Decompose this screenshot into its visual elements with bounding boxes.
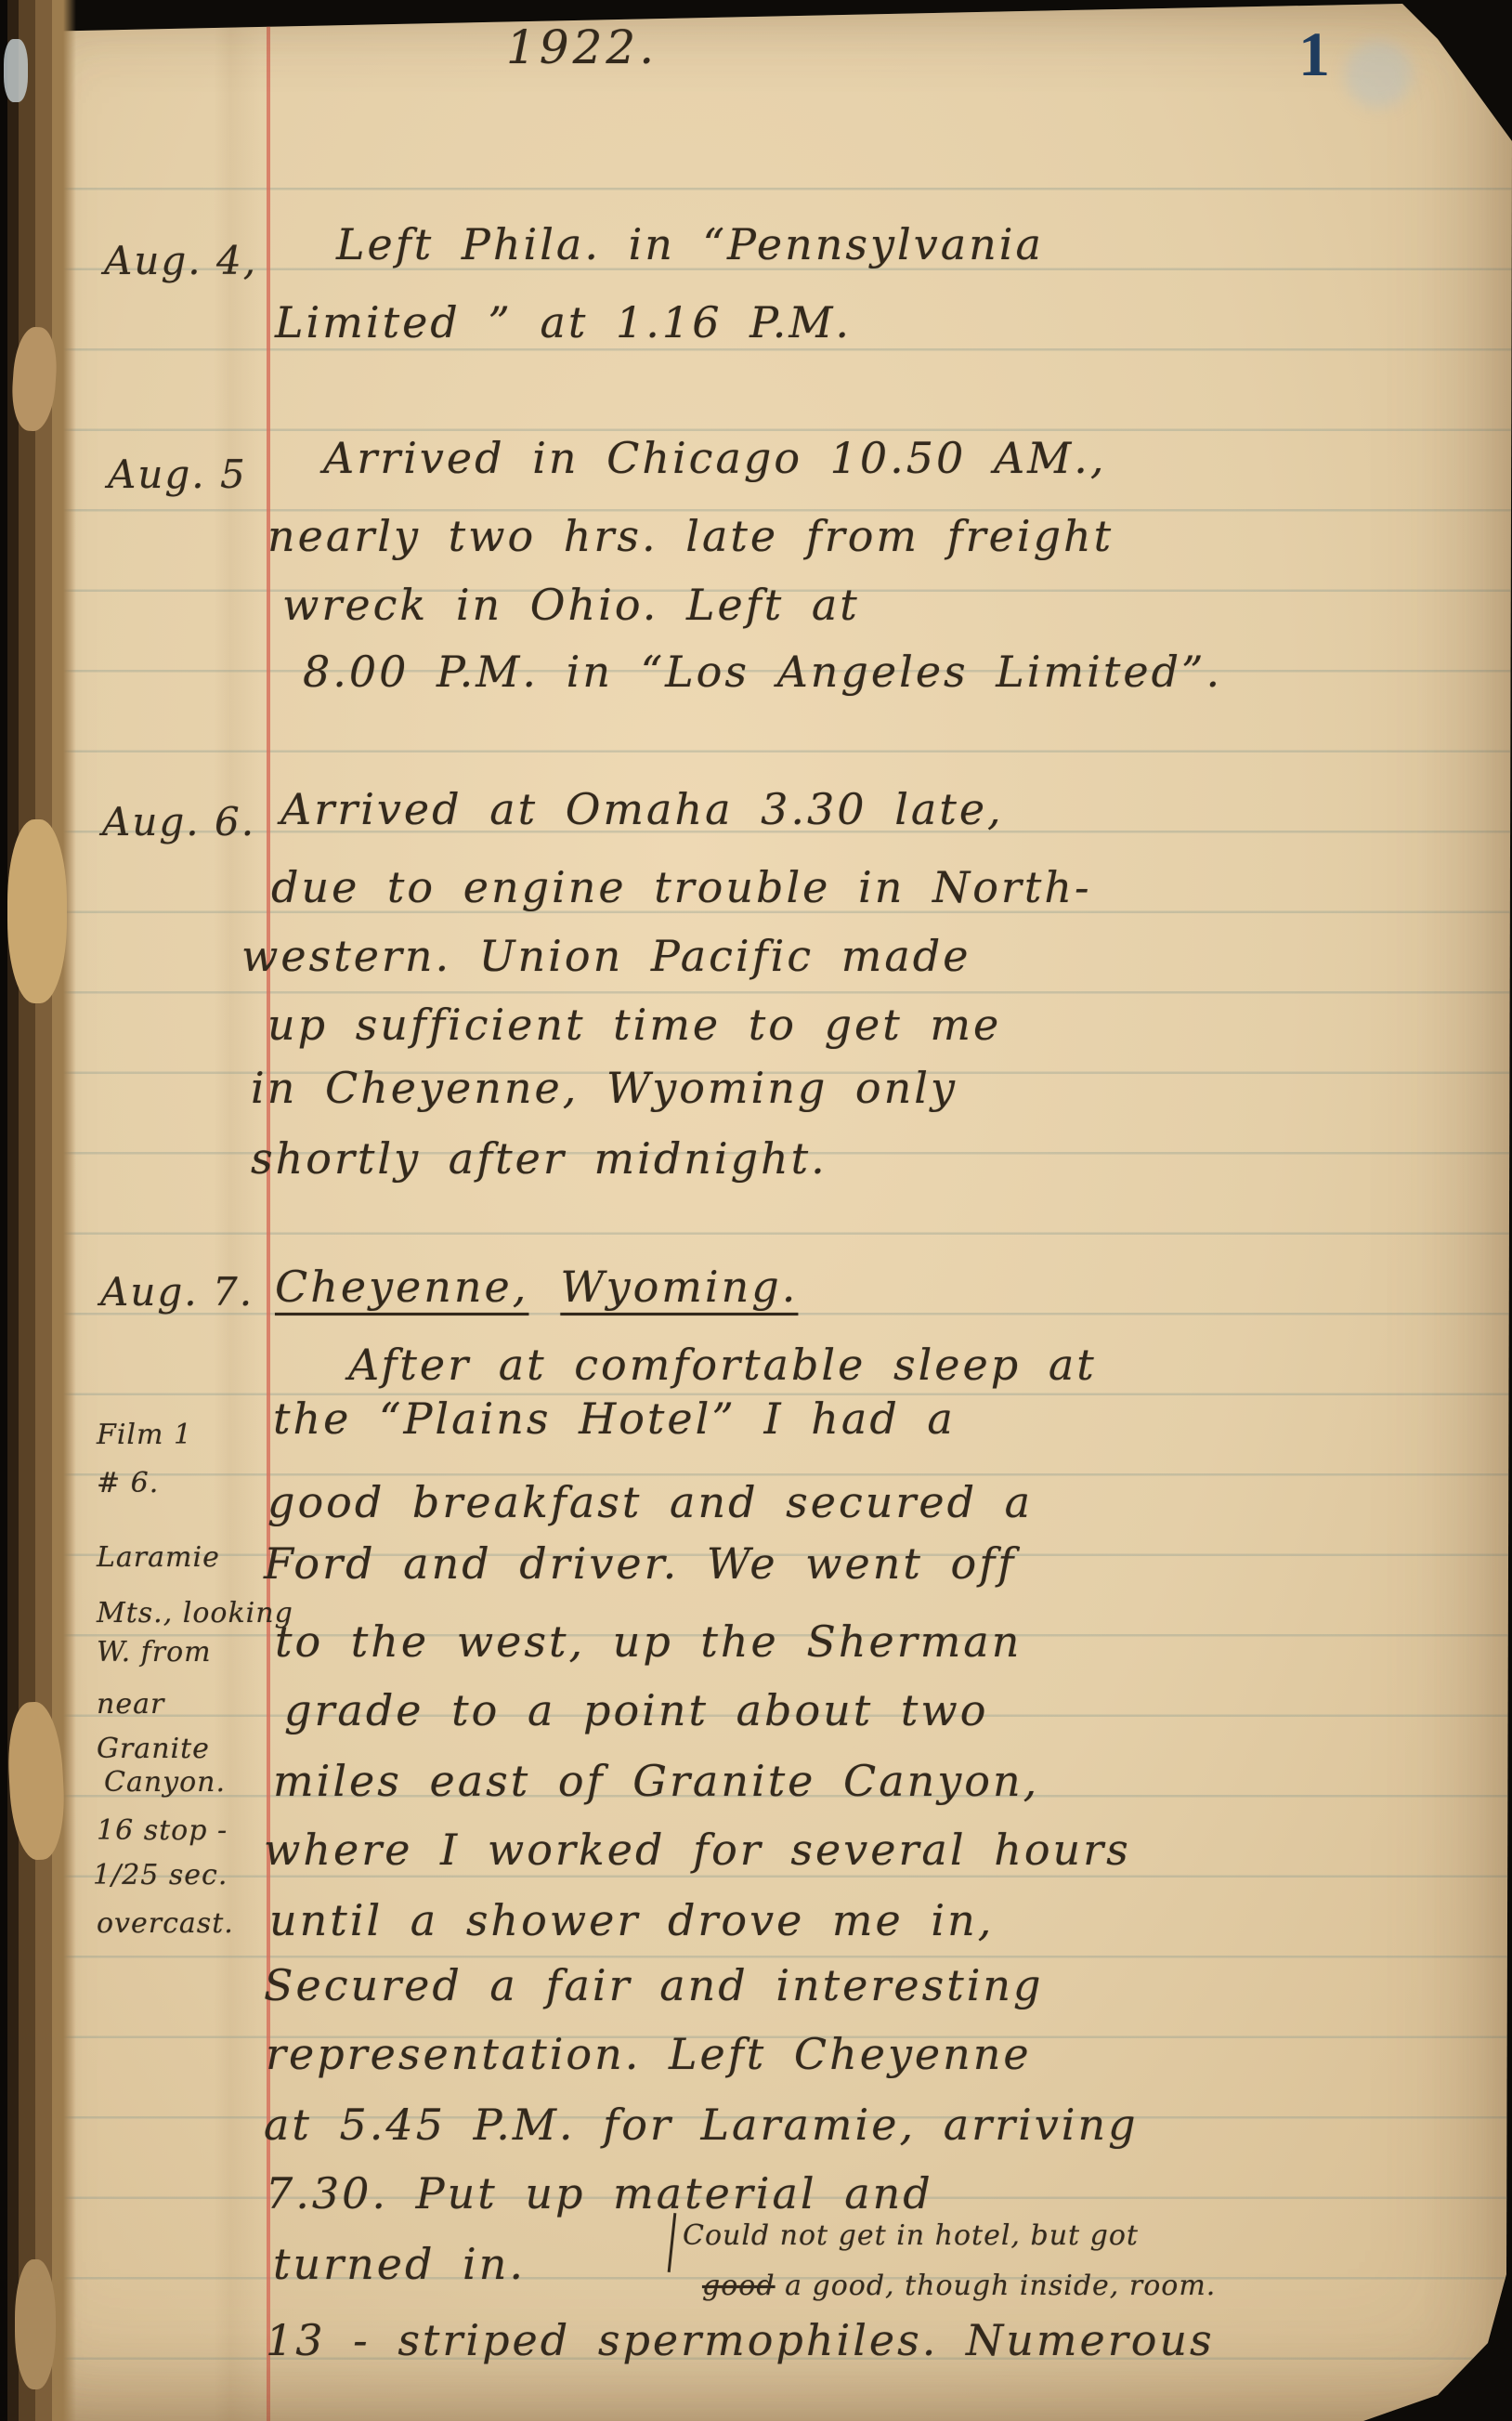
diary-line: 7.30. Put up material and <box>266 2170 933 2218</box>
struck-word: good <box>702 2270 776 2302</box>
entry-date: Aug. 6. <box>102 801 255 844</box>
diary-line: representation. Left Cheyenne <box>266 2031 1032 2078</box>
diary-line: Ford and driver. We went off <box>264 1540 1016 1588</box>
ink-smudge <box>1345 41 1412 108</box>
heading-word: Cheyenne, <box>275 1262 528 1312</box>
diary-line: shortly after midnight. <box>251 1135 828 1183</box>
diary-line: to the west, up the Sherman <box>275 1618 1022 1666</box>
diary-line: good breakfast and secured a <box>267 1479 1033 1526</box>
torn-page-stub <box>7 819 67 1003</box>
diary-line: 8.00 P.M. in “Los Angeles Limited”. <box>303 648 1222 696</box>
diary-line: at 5.45 P.M. for Laramie, arriving <box>264 2101 1139 2149</box>
diary-page-scan: 1922. 1 Aug. 4, Left Phila. in “Pennsylv… <box>0 0 1512 2421</box>
diary-line: due to engine trouble in North- <box>271 864 1092 911</box>
diary-line: Arrived at Omaha 3.30 late, <box>280 786 1004 833</box>
diary-line: wreck in Ohio. Left at <box>282 582 860 629</box>
diary-line: Secured a fair and interesting <box>264 1962 1043 2009</box>
margin-note-line: overcast. <box>97 1908 234 1939</box>
entry-date: Aug. 7. <box>100 1271 254 1314</box>
diary-line: up sufficient time to get me <box>267 1001 1001 1049</box>
margin-note-line: # 6. <box>97 1468 159 1498</box>
diary-line: where I worked for several hours <box>264 1826 1131 1874</box>
margin-note-line: Canyon. <box>104 1767 226 1798</box>
diary-line: in Cheyenne, Wyoming only <box>251 1065 958 1112</box>
entry-date: Aug. 4, <box>104 240 257 282</box>
inserted-note-line: Could not get in hotel, but got <box>683 2220 1139 2251</box>
diary-line: the “Plains Hotel” I had a <box>273 1395 956 1443</box>
diary-line: miles east of Granite Canyon, <box>273 1758 1039 1805</box>
torn-page-stub <box>15 2259 56 2389</box>
margin-note-line: 16 stop - <box>97 1815 228 1846</box>
binding-paint-chip <box>4 39 28 102</box>
inserted-note-line: good a good, though inside, room. <box>702 2271 1216 2301</box>
diary-line: Limited ” at 1.16 P.M. <box>275 299 852 347</box>
inserted-note-text: a good, though inside, room. <box>785 2270 1216 2302</box>
diary-line: turned in. <box>273 2241 526 2288</box>
margin-note-line: Mts., looking <box>97 1598 293 1629</box>
margin-note-line: 1/25 sec. <box>93 1860 228 1891</box>
diary-line: western. Union Pacific made <box>241 933 971 980</box>
heading-word: Wyoming. <box>560 1262 798 1312</box>
diary-line: Left Phila. in “Pennsylvania <box>336 221 1044 268</box>
diary-line: nearly two hrs. late from freight <box>267 513 1114 560</box>
diary-line: until a shower drove me in, <box>269 1897 994 1944</box>
margin-note-line: Granite <box>97 1734 210 1764</box>
diary-line: Arrived in Chicago 10.50 AM., <box>323 435 1107 482</box>
entry-heading: Cheyenne,Wyoming. <box>275 1263 798 1311</box>
margin-note-line: Film 1 <box>97 1420 192 1450</box>
margin-note-line: W. from <box>97 1637 212 1668</box>
page-number: 1 <box>1298 22 1330 85</box>
entry-date: Aug. 5 <box>108 453 247 496</box>
diary-line: 13 - striped spermophiles. Numerous <box>266 2317 1215 2364</box>
margin-note-line: near <box>97 1689 164 1720</box>
diary-line: grade to a point about two <box>284 1687 988 1734</box>
margin-note-line: Laramie <box>97 1542 220 1573</box>
diary-line: After at comfortable sleep at <box>348 1341 1097 1389</box>
year-heading: 1922. <box>506 22 658 73</box>
